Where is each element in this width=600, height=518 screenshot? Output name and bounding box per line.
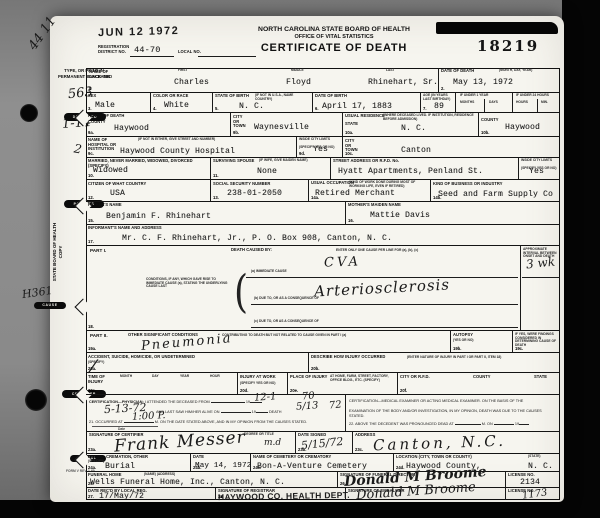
m-on-label: M. ON [482, 422, 493, 426]
field-funeral-license: LICENSE NO. 2134 [505, 471, 560, 487]
field-injury-state: STATE [528, 372, 560, 394]
field-autopsy-findings: IF YES, WERE FINDINGS CONSIDERED IN DETE… [512, 330, 560, 352]
column-header: YEAR [180, 375, 189, 379]
accident-sublabel: (SPECIFY) [88, 361, 104, 365]
hole-punch [20, 104, 38, 122]
pronounced-dead-label: 22. ABOVE THE DECEDENT WAS PRONOUNCED DE… [349, 422, 454, 426]
degree-title-label: DEGREE OR TITLE [244, 433, 274, 437]
field-occupation: USUAL OCCUPATION (KIND OF WORK DONE DURI… [308, 179, 430, 201]
column-header: MONTHS [460, 101, 474, 105]
column-header: MIDDLE [291, 69, 304, 73]
burial-state-value: N. C. [528, 462, 553, 471]
field-label: AGE (IN YEARS LAST BIRTHDAY) [423, 94, 453, 101]
field-number: 10b. [481, 130, 489, 135]
hole-punch [25, 389, 47, 411]
field-label: MOTHER'S MAIDEN NAME [348, 203, 401, 208]
cemetery-value: Bon-A-Venture Cemetery [257, 462, 367, 471]
due-to-b-value: Arteriosclerosis [314, 275, 451, 300]
field-number: 1. [88, 86, 92, 91]
field-value: Yes [313, 145, 328, 154]
field-number: 16. [348, 218, 354, 223]
license-label: LICENSE NO. [508, 473, 535, 478]
field-sublabel: (KIND OF WORK DONE DURING MOST OF WORKIN… [349, 181, 427, 188]
field-value: Mr. C. F. Rhinehart, Jr., P. O. Box 908,… [122, 234, 392, 243]
field-number: 9a. [88, 130, 94, 135]
field-value: Seed and Farm Supply Co [438, 190, 553, 199]
field-number: 20e. [290, 388, 298, 393]
conditions-note: CONDITIONS, IF ANY, WHICH GAVE RISE TO I… [146, 278, 232, 289]
certification-physician: CERTIFICATION—PHYSICIAN: I ATTENDED THE … [86, 394, 345, 431]
last-seen-year-value: 72 [328, 399, 342, 411]
field-value: Mattie Davis [370, 211, 430, 220]
field-business: KIND OF BUSINESS OR INDUSTRY 14b. Seed a… [430, 179, 560, 201]
field-value: None [257, 167, 277, 176]
occurred-at-label: 21. OCCURRED AT [89, 420, 123, 424]
part1-cause-of-death: PART I. DEATH CAUSED BY: ENTER ONLY ONE … [86, 245, 520, 330]
injury-state-label: STATE [534, 375, 547, 380]
injury-city-label: CITY OR R.F.D. [400, 375, 430, 380]
field-value: Benjamin F. Rhinehart [106, 212, 211, 221]
field-label: KIND OF BUSINESS OR INDUSTRY [433, 182, 502, 187]
part1-label: PART I. [90, 248, 106, 253]
embalmer-license-value: 1173 [521, 487, 548, 501]
part2-other-conditions: PART II. OTHER SIGNIFICANT CONDITIONS CO… [86, 330, 450, 352]
field-date-received: DATE REC'D BY LOCAL REG. 27. 17/May/72 [86, 487, 215, 500]
field-number: 27. [88, 494, 94, 499]
field-citizenship: CITIZEN OF WHAT COUNTRY 12. USA [86, 179, 210, 201]
immediate-cause-value: CVA [324, 254, 361, 270]
field-how-injury-occurred: DESCRIBE HOW INJURY OCCURRED (ENTER NATU… [308, 352, 560, 372]
field-age: AGE (IN YEARS LAST BIRTHDAY) 7. 89 [420, 92, 455, 112]
funeral-home-sublabel: (NAME) (ADDRESS) [144, 473, 175, 477]
field-certifier-address: ADDRESS 23c. Canton, N.C. [352, 431, 560, 453]
attended-from-label: I ATTENDED THE DECEASED FROM [145, 400, 210, 404]
field-value: Yes [529, 167, 544, 176]
field-value: Hyatt Apartments, Penland St. [338, 167, 483, 176]
margin-handwriting: H361 [21, 284, 53, 301]
field-number: 18. [88, 324, 94, 329]
field-place-of-death-county: PLACE OF DEATH COUNTY 9a. Haywood [86, 112, 230, 136]
field-number: 10a. [345, 130, 353, 135]
field-inside-city-limits-residence: INSIDE CITY LIMITS (SPECIFY YES OR NO) Y… [518, 157, 560, 179]
immediate-cause-label: (a) IMMEDIATE CAUSE [251, 270, 287, 274]
last-seen-blank [221, 408, 251, 413]
field-label: USUAL OCCUPATION [311, 181, 354, 186]
field-label: STREET ADDRESS OR R.F.D. No. [333, 159, 399, 164]
field-sublabel: (MONTH, DAY, YEAR) [499, 69, 532, 73]
cell-divider [537, 99, 538, 113]
field-value: Haywood [114, 124, 149, 133]
field-number: 11. [213, 173, 219, 178]
field-value: Charles [174, 78, 209, 87]
field-embalmer-signature: SIGNATURE OF EMBALMER Donald M Broome [345, 487, 505, 500]
field-label: DATE OF BIRTH [315, 94, 347, 99]
column-header: FIRST [178, 69, 188, 73]
field-number: 20c. [88, 388, 96, 393]
field-value: 238-01-2050 [227, 189, 282, 198]
field-burial-type: BURIAL, CREMATION, OTHER (SPECIFY) 24a. … [86, 453, 190, 471]
field-number: 19c. [515, 346, 523, 351]
certification-medical-examiner: CERTIFICATION—MEDICAL EXAMINER OR ACTING… [345, 394, 560, 431]
burial-value: Burial [105, 462, 135, 471]
field-number: 20d. [240, 388, 248, 393]
field-value: USA [110, 189, 125, 198]
field-if-under-24-hours: IF UNDER 24 HOURS HOURS MIN. [512, 92, 560, 112]
due-to-b-label: (b) DUE TO, OR AS A CONSEQUENCE OF [254, 297, 319, 301]
field-residence-city: CITY OR TOWN 10c. Canton [342, 136, 560, 157]
section-label: PLACE OF DEATH [88, 114, 124, 119]
field-injury-city: CITY OR R.F.D. 20f. [397, 372, 465, 394]
field-embalmer-license: LICENSE NO. 1173 [505, 487, 560, 500]
due-to-c-label: (c) DUE TO, OR AS A CONSEQUENCE OF [254, 320, 319, 324]
field-label: NAME OF DECEASED [89, 70, 111, 79]
field-number: 20f. [400, 388, 407, 393]
field-value: Waynesville [254, 123, 309, 132]
field-residence-county: COUNTY 10b. Haywood [478, 112, 560, 136]
field-number: 2. [441, 86, 445, 91]
redaction-bar [436, 22, 558, 34]
field-number: 9d. [299, 151, 305, 156]
last-seen-label: AND LAST SAW HIM/HER ALIVE ON [156, 410, 220, 414]
burial-location-label: LOCATION (CITY, TOWN OR COUNTY) [396, 455, 472, 460]
field-surviving-spouse: SURVIVING SPOUSE (IF WIFE, GIVE MAIDEN N… [210, 157, 330, 179]
injury-description-sublabel: (ENTER NATURE OF INJURY IN PART I OR PAR… [407, 356, 557, 360]
field-number: 13. [213, 195, 219, 200]
injury-county-label: COUNTY [473, 375, 491, 380]
field-informant: INFORMANT'S NAME AND ADDRESS 17. Mr. C. … [86, 224, 560, 245]
cemetery-label: NAME OF CEMETERY OR CREMATORY [253, 455, 331, 460]
certificate-number: 18219 [477, 37, 539, 55]
field-number: 5. [215, 106, 219, 111]
field-label: STATE [345, 122, 358, 127]
funeral-home-value: Wells Funeral Home, Inc., Canton, N. C. [90, 478, 285, 487]
field-label: STATE OF BIRTH [215, 94, 249, 99]
cause-line-a [246, 277, 518, 278]
field-value: White [164, 101, 189, 110]
field-value: 89 [434, 102, 444, 111]
field-registrar-signature: SIGNATURE OF REGISTRAR 28. HAYWOOD CO. H… [215, 487, 345, 500]
field-state-of-birth: STATE OF BIRTH (IF NOT IN U.S.A., NAME C… [212, 92, 312, 112]
tab-label: CAUSE [34, 302, 66, 309]
received-date-stamp: JUN 12 1972 [98, 25, 180, 39]
field-cemetery: NAME OF CEMETERY OR CREMATORY 24c. Bon-A… [250, 453, 393, 471]
field-inside-city-limits: INSIDE CITY LIMITS (SPECIFY YES OR NO) 9… [296, 136, 342, 157]
field-number: 19b. [453, 346, 461, 351]
field-value: Canton [401, 146, 431, 155]
year-blank [519, 420, 529, 425]
part2-label: PART II. [90, 333, 108, 338]
scan-right-shadow [562, 0, 600, 518]
tab-cause: CAUSE [34, 302, 66, 309]
cause-bracket: ( [234, 267, 248, 318]
field-number: 20b. [311, 366, 319, 371]
date-blank [494, 420, 514, 425]
field-injury-at-work: INJURY AT WORK (SPECIFY YES OR NO) 20d. [237, 372, 287, 394]
field-label: IF UNDER 24 HOURS [516, 94, 549, 98]
field-value: Widowed [93, 166, 128, 175]
field-if-under-1-year: IF UNDER 1 YEAR MONTHS DAYS [455, 92, 512, 112]
section-sublabel: (WHERE DECEASED LIVED. IF INSTITUTION, R… [383, 114, 475, 121]
column-header: HOURS [516, 101, 528, 105]
column-header: DAYS [489, 101, 498, 105]
local-no-blank [198, 56, 256, 57]
field-label: INSIDE CITY LIMITS [521, 159, 555, 163]
hour-of-death-value: 1:00 P. [132, 410, 166, 423]
field-date-of-death: DATE OF DEATH (MONTH, DAY, YEAR) 2. May … [438, 68, 560, 92]
column-header: MONTH [120, 375, 132, 379]
clipped-top-header-text: NORTH CAROLINA STATE BOARD OF HEALTH [249, 13, 431, 15]
field-street-address: STREET ADDRESS OR R.F.D. No. Hyatt Apart… [330, 157, 518, 179]
field-signature-of-certifier: SIGNATURE OF CERTIFIER DEGREE OR TITLE 2… [86, 431, 295, 453]
field-value: Haywood County Hospital [120, 147, 235, 156]
field-marital-status: MARRIED, NEVER MARRIED, WIDOWED, DIVORCE… [86, 157, 210, 179]
field-label: SEX [88, 94, 96, 99]
burial-sublabel: (SPECIFY) [88, 460, 104, 464]
injury-description-label: DESCRIBE HOW INJURY OCCURRED [311, 355, 385, 360]
license-value: 2134 [520, 478, 540, 487]
field-number: 20a. [88, 366, 96, 371]
field-label: SURVIVING SPOUSE [213, 159, 254, 164]
field-value: April 17, 1883 [322, 102, 392, 111]
autopsy-label: AUTOPSY [453, 333, 473, 338]
injury-at-work-sublabel: (SPECIFY YES OR NO) [240, 382, 284, 386]
field-father-name: FATHER'S NAME 15. Benjamin F. Rhinehart [86, 201, 345, 224]
field-number: 23c. [355, 447, 363, 452]
field-number: 15. [88, 218, 94, 223]
enter-one-cause-note: ENTER ONLY ONE CAUSE PER LINE FOR (a), (… [336, 249, 418, 253]
field-value: Male [95, 101, 115, 110]
field-label: CITIZEN OF WHAT COUNTRY [88, 182, 146, 187]
field-deceased-name: NAME OF DECEASED 1. FIRST MIDDLE LAST Ch… [86, 68, 438, 92]
field-number: 9b. [233, 130, 239, 135]
field-place-of-death-city: CITY OR TOWN 9b. Waynesville [230, 112, 342, 136]
form-title: CERTIFICATE OF DEATH [232, 42, 436, 54]
field-value: May 13, 1972 [453, 78, 513, 87]
field-value: Haywood [505, 123, 540, 132]
certifier-address-value: Canton, N.C. [373, 432, 507, 455]
last-seen-value: 5/13 [296, 400, 319, 413]
place-of-injury-label: PLACE OF INJURY [290, 375, 327, 380]
field-value: N. C. [401, 124, 426, 133]
interval-value: 3 wk [525, 255, 555, 272]
me-certification-line1: CERTIFICATION—MEDICAL EXAMINER OR ACTING… [349, 399, 557, 404]
field-hospital: NAME OF HOSPITAL OR INSTITUTION (IF NOT … [86, 136, 296, 157]
field-number: 17. [88, 239, 94, 244]
office-name: OFFICE OF VITAL STATISTICS [232, 34, 436, 40]
field-number: 9c. [88, 151, 94, 156]
column-header: DAY [152, 375, 159, 379]
field-number: 24a. [88, 465, 96, 470]
field-label: INSIDE CITY LIMITS [299, 138, 333, 142]
field-label: COUNTY [481, 118, 499, 123]
cause-line-b [251, 304, 518, 305]
field-date-of-birth: DATE OF BIRTH 6. April 17, 1883 [312, 92, 420, 112]
date-received-value: 17/May/72 [99, 492, 144, 501]
field-accident-type: ACCIDENT, SUICIDE, HOMICIDE, OR UNDETERM… [86, 352, 308, 372]
field-number: 3. [88, 106, 92, 111]
interval-column: APPROXIMATE INTERVAL BETWEEN ONSET AND D… [520, 245, 560, 330]
field-residence-state: USUAL RESIDENCE (WHERE DECEASED LIVED. I… [342, 112, 478, 136]
field-injury-county: COUNTY [465, 372, 528, 394]
other-conditions-sublabel: CONTRIBUTING TO DEATH BUT NOT RELATED TO… [222, 334, 402, 338]
attended-from-value: 12-1 [254, 391, 277, 404]
field-value: Floyd [286, 78, 311, 87]
year-blank [256, 408, 268, 413]
field-number: 19a. [88, 346, 96, 351]
board-name: NORTH CAROLINA STATE BOARD OF HEALTH [232, 26, 436, 33]
funeral-home-label: FUNERAL HOME [88, 473, 122, 478]
field-label: IF UNDER 1 YEAR [460, 94, 488, 98]
field-label: NAME OF HOSPITAL OR INSTITUTION [88, 138, 118, 152]
field-label: SOCIAL SECURITY NUMBER [213, 182, 270, 187]
section-label: USUAL RESIDENCE [345, 114, 385, 119]
field-date-signed: DATE SIGNED 23b. 5/15/72 [295, 431, 352, 453]
scan-bottom-shadow [0, 500, 600, 518]
field-funeral-home: FUNERAL HOME (NAME) (ADDRESS) 25. Wells … [86, 471, 337, 487]
field-number: 23a. [88, 447, 96, 452]
field-sublabel: (IF WIFE, GIVE MAIDEN NAME) [259, 159, 319, 163]
field-label: FATHER'S NAME [88, 203, 122, 208]
injury-at-work-label: INJURY AT WORK [240, 375, 284, 380]
field-label: COLOR OR RACE [153, 94, 188, 99]
column-header: LAST [386, 69, 395, 73]
field-mother-name: MOTHER'S MAIDEN NAME 16. Mattie Davis [345, 201, 560, 224]
attended-from-blank [211, 398, 245, 403]
field-number: 6. [315, 106, 319, 111]
field-label: INFORMANT'S NAME AND ADDRESS [88, 226, 162, 231]
interval-line [522, 277, 560, 278]
accident-label: ACCIDENT, SUICIDE, HOMICIDE, OR UNDETERM… [88, 355, 298, 360]
field-burial-date: DATE 24b. May 14, 1972 [190, 453, 250, 471]
place-of-injury-sublabel: AT HOME, FARM, STREET, FACTORY, OFFICE B… [330, 375, 394, 382]
field-value: N. C. [239, 102, 264, 111]
field-sex: SEX 3. Male [86, 92, 150, 112]
field-number: 7. [423, 106, 427, 111]
field-number: 4. [153, 106, 157, 111]
column-header: HOUR [210, 375, 220, 379]
pronounced-blank [455, 420, 481, 425]
certifier-degree-value: m.d [264, 438, 281, 448]
burial-date-value: May 14, 1972 [195, 462, 251, 470]
me-certification-line2: EXAMINATION OF THE BODY AND/OR INVESTIGA… [349, 409, 557, 418]
burial-state-label: (STATE) [528, 455, 541, 459]
local-no-label: LOCAL NO. [178, 50, 201, 55]
field-label: COUNTY [88, 120, 106, 125]
field-time-of-injury: TIME OF INJURY MONTH DAY YEAR HOUR 20c. [86, 372, 237, 394]
autopsy-sublabel: (YES OR NO) [453, 339, 474, 343]
registration-district-label: REGISTRATION DISTRICT NO. [98, 45, 134, 54]
time-of-injury-label: TIME OF INJURY [88, 375, 108, 384]
field-label: DATE OF DEATH [441, 69, 474, 74]
scanned-death-certificate: NORTH CAROLINA STATE BOARD OF HEALTH JUN… [0, 0, 600, 518]
burial-date-label: DATE [193, 455, 204, 460]
death-word: DEATH [269, 410, 282, 414]
death-caused-by-label: DEATH CAUSED BY: [231, 248, 272, 253]
cause-line-c [251, 327, 518, 328]
field-value: Retired Merchant [315, 189, 395, 198]
field-number: 12. [88, 195, 94, 200]
field-value: Rhinehart, Sr. [368, 78, 438, 87]
field-number: 10c. [345, 151, 353, 156]
registration-underline [130, 56, 174, 57]
cell-divider [484, 99, 485, 113]
field-autopsy: AUTOPSY (YES OR NO) 19b. [450, 330, 512, 352]
registration-district-value: 44-70 [134, 45, 161, 55]
field-label: CITY OR TOWN [233, 115, 249, 129]
field-sublabel: (IF NOT IN EITHER, GIVE STREET AND NUMBE… [138, 138, 248, 142]
clipped-top-header: NORTH CAROLINA STATE BOARD OF HEALTH [210, 5, 470, 15]
field-ssn: SOCIAL SECURITY NUMBER 13. 238-01-2050 [210, 179, 308, 201]
occurred-at-rest: M. ON THE DATE STATED ABOVE, AND IN MY O… [155, 420, 307, 424]
column-header: MIN. [541, 101, 548, 105]
field-race: COLOR OR RACE 4. White [150, 92, 212, 112]
form-header: NORTH CAROLINA STATE BOARD OF HEALTH OFF… [232, 26, 436, 54]
field-sublabel: (IF NOT IN U.S.A., NAME COUNTRY) [255, 94, 307, 101]
